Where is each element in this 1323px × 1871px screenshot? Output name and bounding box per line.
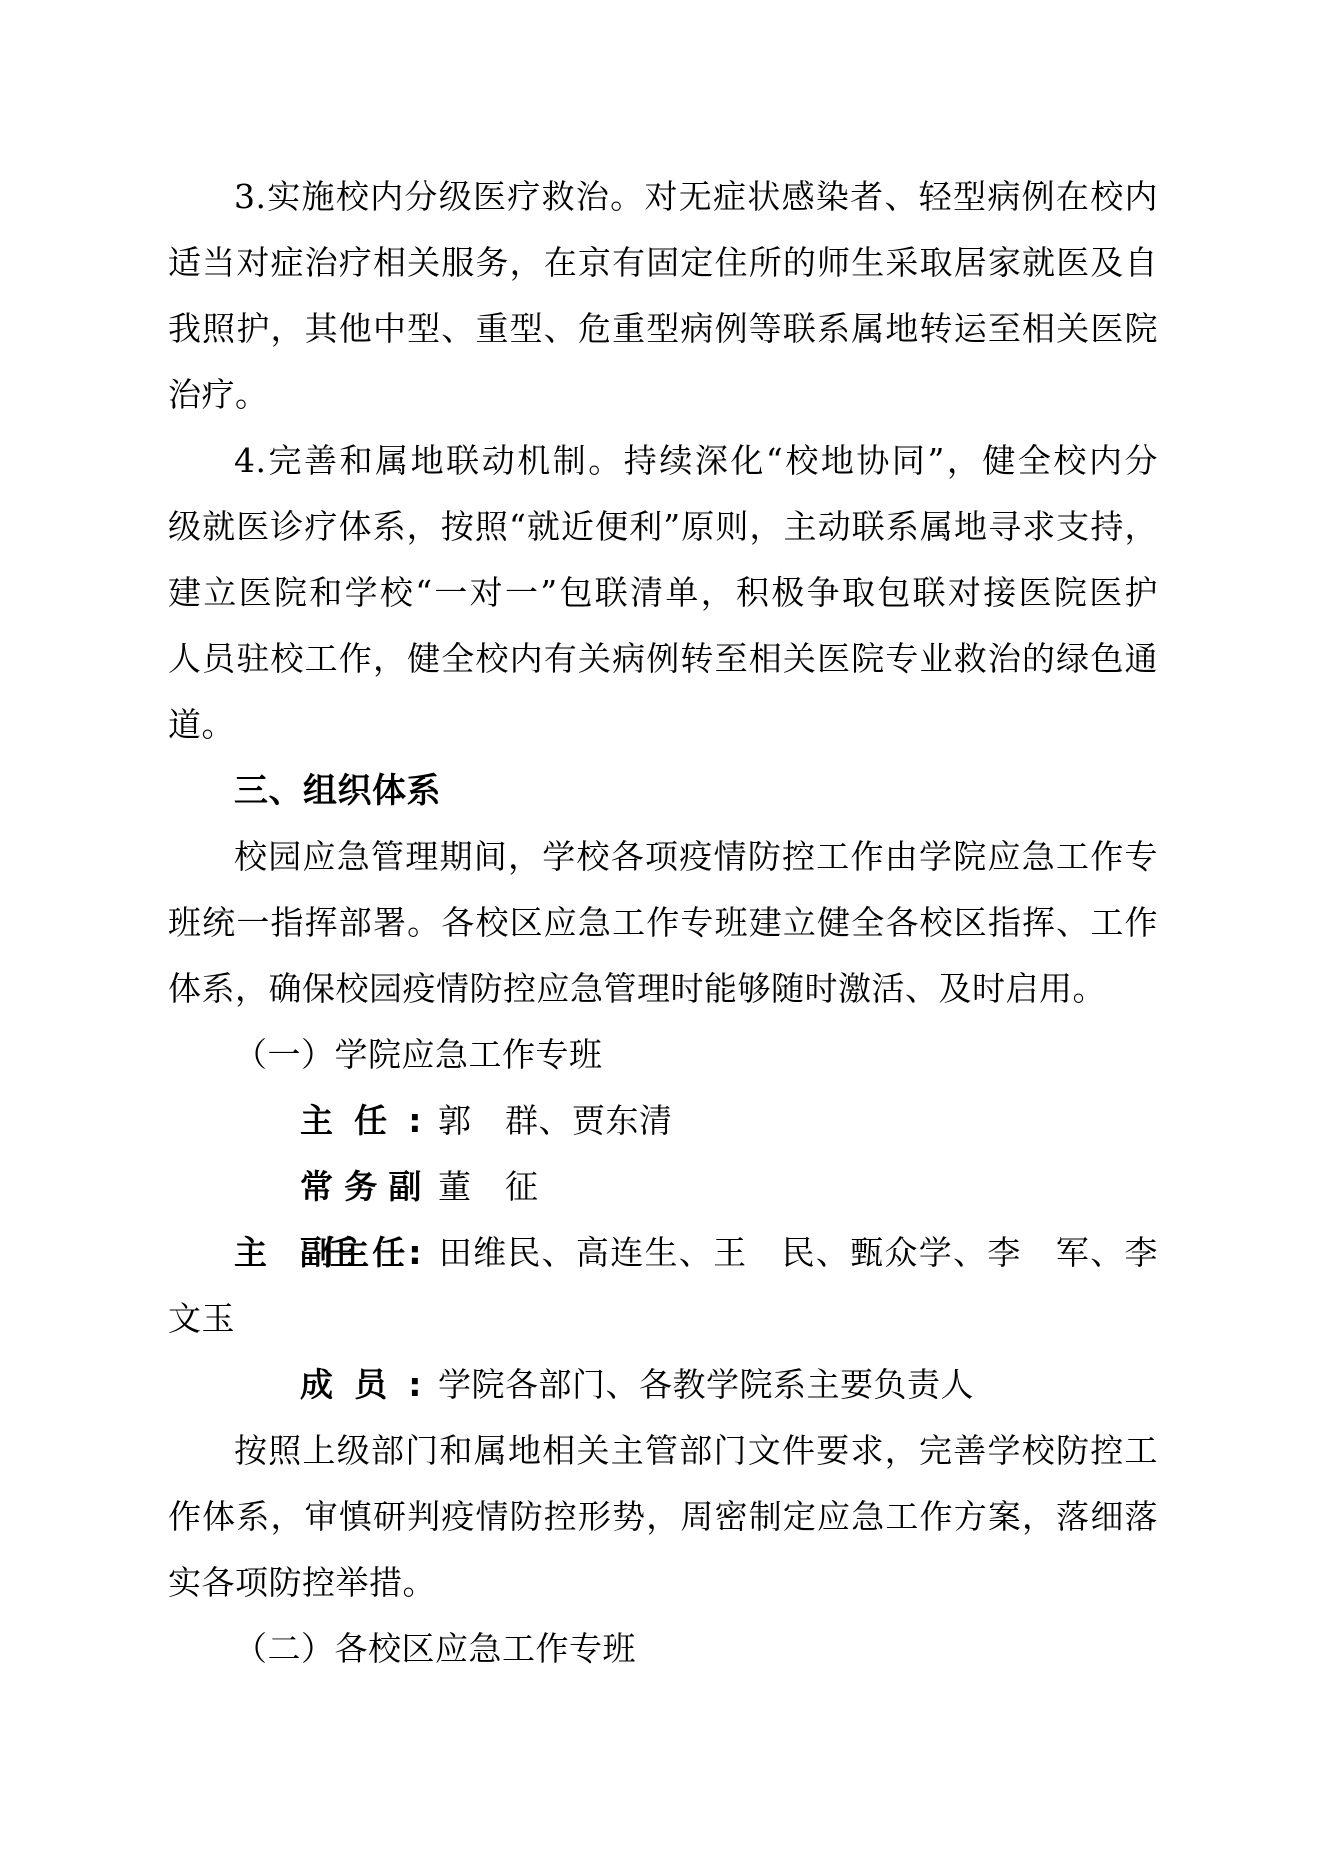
section-heading: 三、组织体系	[168, 758, 1158, 824]
role-line-deputy: 副主任:田维民、高连生、王 民、甄众学、李 军、李	[168, 1220, 1158, 1286]
paragraph-line: 我照护，其他中型、重型、危重型病例等联系属地转运至相关医院	[168, 296, 1158, 362]
role-names: 田维民、高连生、王 民、甄众学、李 军、李	[438, 1233, 1158, 1272]
paragraph-line: 建立医院和学校“一对一”包联清单，积极争取包联对接医院医护	[168, 560, 1158, 626]
paragraph-line: 校园应急管理期间，学校各项疫情防控工作由学院应急工作专	[168, 824, 1158, 890]
paragraph-line: 班统一指挥部署。各校区应急工作专班建立健全各校区指挥、工作	[168, 890, 1158, 956]
role-names: 学院各部门、各教学院系主要负责人	[438, 1365, 974, 1404]
subsection-heading: （一）学院应急工作专班	[168, 1022, 1158, 1088]
role-line-director: 主任:郭 群、贾东清	[168, 1088, 1158, 1154]
role-names: 郭 群、贾东清	[438, 1101, 673, 1140]
role-line-executive-deputy: 常务副主任:董 征	[168, 1154, 1158, 1220]
paragraph-line: 适当对症治疗相关服务，在京有固定住所的师生采取居家就医及自	[168, 230, 1158, 296]
paragraph-line: 作体系，审慎研判疫情防控形势，周密制定应急工作方案，落细落	[168, 1484, 1158, 1550]
paragraph-line: 级就医诊疗体系，按照“就近便利”原则，主动联系属地寻求支持，	[168, 494, 1158, 560]
paragraph-line: 4.完善和属地联动机制。持续深化“校地协同”，健全校内分	[168, 428, 1158, 494]
role-label: 成员:	[234, 1352, 422, 1418]
paragraph-line: 治疗。	[168, 362, 1158, 428]
continuation-line: 文玉	[168, 1286, 1158, 1352]
paragraph-line: 体系，确保校园疫情防控应急管理时能够随时激活、及时启用。	[168, 956, 1158, 1022]
document-page: { "page": { "background_color": "#ffffff…	[0, 0, 1323, 1871]
subsection-heading: （二）各校区应急工作专班	[168, 1616, 1158, 1682]
paragraph-line: 3.实施校内分级医疗救治。对无症状感染者、轻型病例在校内	[168, 164, 1158, 230]
paragraph-line: 按照上级部门和属地相关主管部门文件要求，完善学校防控工	[168, 1418, 1158, 1484]
paragraph-line: 道。	[168, 692, 1158, 758]
role-label: 副主任:	[234, 1220, 422, 1286]
role-label: 主任:	[234, 1088, 422, 1154]
paragraph-line: 人员驻校工作，健全校内有关病例转至相关医院专业救治的绿色通	[168, 626, 1158, 692]
paragraph-line: 实各项防控举措。	[168, 1550, 1158, 1616]
document-body: 3.实施校内分级医疗救治。对无症状感染者、轻型病例在校内 适当对症治疗相关服务，…	[168, 164, 1158, 1682]
role-line-members: 成员:学院各部门、各教学院系主要负责人	[168, 1352, 1158, 1418]
role-names: 董 征	[438, 1167, 539, 1206]
